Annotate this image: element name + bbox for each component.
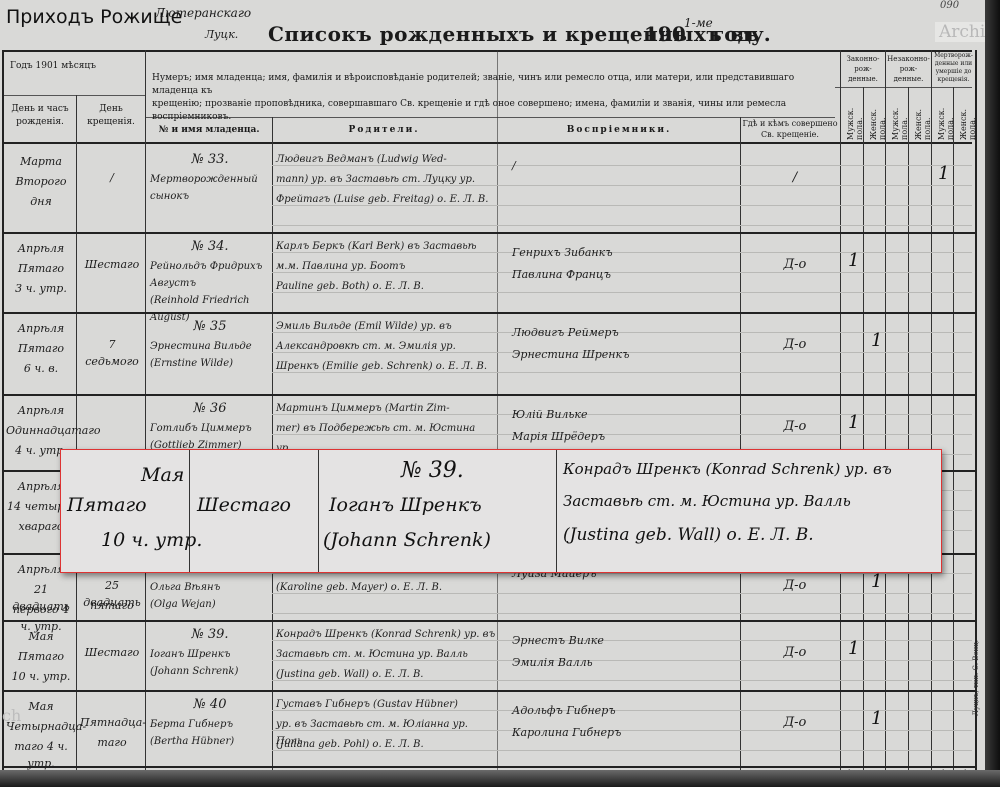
- archive-watermark-bottom: ch: [2, 706, 21, 725]
- entry-number: № 39.: [150, 626, 270, 643]
- tally-mark-legit-m: 1: [848, 638, 859, 659]
- baptism-place: Д-о: [760, 714, 830, 731]
- header-bottom-border: [2, 142, 972, 144]
- overlay-parents-line-1: Конрадъ Шренкъ (Konrad Schrenk) ур. въ: [563, 454, 892, 484]
- header-divider-right: [835, 87, 972, 88]
- overlay-birth-month: Мая: [141, 460, 184, 490]
- entry-number: № 40: [150, 696, 270, 713]
- child-name-line: (Johann Schrenk): [150, 663, 272, 680]
- child-name-line: Эрнестина Вильде: [150, 338, 272, 355]
- row-divider: [2, 232, 975, 234]
- parents-line: Фрейтагъ (Luise geb. Freitag) о. Е. Л. В…: [276, 191, 496, 208]
- parents-line: mer) въ Подбережьѣ ст. м. Юстина: [276, 420, 496, 437]
- row-divider: [2, 312, 975, 314]
- birth-date-line: Апрѣля: [6, 402, 76, 419]
- birth-date-line: Второго: [6, 173, 76, 190]
- overlay-child-latin: (Johann Schrenk): [323, 525, 491, 555]
- table-bottom-border: [2, 766, 975, 768]
- godparent-line: Марія Шрёдеръ: [512, 428, 737, 445]
- parents-line: Конрадъ Шренкъ (Konrad Schrenk) ур. въ: [276, 626, 496, 643]
- header-illegit-male: Мужск. пола.: [891, 92, 909, 140]
- child-name-line: сынокъ: [150, 188, 272, 205]
- archive-watermark: Archi: [935, 22, 985, 42]
- parents-line: Pauline geb. Both) о. Е. Л. В.: [276, 278, 496, 295]
- overlay-birth-hour: 10 ч. утр.: [101, 525, 202, 555]
- register-page: Приходъ Рожище Лютеранскаго Луцк. Список…: [0, 0, 985, 787]
- title-year-handwritten: 1-ме: [684, 16, 713, 30]
- parents-line: Людвигъ Ведманъ (Ludwig Wed-: [276, 151, 496, 168]
- table-top-border: [2, 50, 972, 52]
- tally-mark-legit-m: 1: [848, 250, 859, 271]
- page-number: 090: [940, 0, 959, 11]
- col-divider-6: [863, 87, 864, 770]
- birth-date-line: 6 ч. в.: [6, 360, 76, 377]
- baptism-place: Д-о: [760, 644, 830, 661]
- birth-date-line: Пятаго: [6, 648, 76, 665]
- entry-zoom-overlay: Мая Пятаго 10 ч. утр. Шестаго № 39. Іога…: [60, 449, 942, 573]
- overlay-child-name: Іоганъ Шренкъ: [329, 490, 482, 520]
- child-name-line: Готлибъ Циммеръ: [150, 420, 272, 437]
- godparent-line: Адольфъ Гибнеръ: [512, 702, 737, 719]
- page-fold: [497, 50, 498, 770]
- header-parents: Родители.: [273, 124, 495, 137]
- godparent-line: Людвигъ Реймеръ: [512, 324, 737, 341]
- overlay-divider-2: [318, 450, 319, 572]
- overlay-birth-day: Пятаго: [67, 490, 147, 520]
- birth-date-line: дня: [6, 193, 76, 210]
- baptism-day-line: 7 седьмого: [80, 336, 144, 370]
- overlay-divider-3: [556, 450, 557, 572]
- birth-date-line: Апрѣля: [6, 240, 76, 257]
- godparent-line: Юлій Вильке: [512, 406, 737, 423]
- header-description-top: Нумеръ; имя младенца; имя, фамилія и вѣр…: [152, 72, 832, 98]
- tally-mark-legit-m: 1: [848, 412, 859, 433]
- parents-line: Заставьѣ ст. м. Юстина ур. Валль: [276, 646, 496, 663]
- tally-mark-legit-f: 1: [871, 708, 882, 729]
- header-stillborn-female: Женск. пола.: [959, 92, 977, 140]
- parents-line: (Karoline geb. Mayer) о. Е. Л. В.: [276, 579, 496, 596]
- parents-line: Александровкѣ ст. м. Эмилія ур.: [276, 338, 496, 355]
- birth-date-line: Апрѣля: [6, 320, 76, 337]
- parents-line: Густавъ Гибнеръ (Gustav Hübner): [276, 696, 496, 713]
- baptism-place: /: [760, 169, 830, 186]
- row-divider: [2, 690, 975, 692]
- child-name-line: Августъ: [150, 275, 272, 292]
- child-name-line: Іоганъ Шренкъ: [150, 646, 272, 663]
- birth-date-line: Марта: [6, 153, 76, 170]
- header-divider-left: [2, 95, 145, 96]
- header-legit-male: Мужск. пола.: [846, 92, 864, 140]
- col-divider-9: [931, 50, 932, 770]
- baptism-day-line: Шестаго: [80, 256, 144, 273]
- entry-number: № 35: [150, 318, 270, 335]
- baptism-day-line: /: [80, 169, 144, 186]
- child-name-line: Ольга Вѣянъ: [150, 579, 272, 596]
- table-left-border: [2, 50, 4, 770]
- child-name-line: (Bertha Hübner): [150, 733, 272, 750]
- parents-line: м.м. Павлина ур. Боотъ: [276, 258, 496, 275]
- header-birth-day-hour: День и часъ рожденія.: [4, 103, 76, 129]
- header-description-bottom: крещенію; прозваніе проповѣдника, соверш…: [152, 98, 832, 124]
- printer-mark: Луцкъ, тип. С. Венц.: [972, 640, 980, 716]
- parents-line: Карлъ Беркъ (Karl Berk) въ Заставьѣ: [276, 238, 496, 255]
- birth-date-line: 3 ч. утр.: [6, 280, 76, 297]
- tally-mark-stillborn-m: 1: [938, 163, 949, 184]
- header-where-by-whom: Гдѣ и кѣмъ совершено Св. крещеніе.: [742, 118, 838, 140]
- parents-line: mann) ур. въ Заставьѣ ст. Луцку ур.: [276, 171, 496, 188]
- overlay-parents-line-2: Заставьѣ ст. м. Юстина ур. Валль: [563, 486, 851, 516]
- parents-line: Шренкъ (Emilie geb. Schrenk) о. Е. Л. В.: [276, 358, 496, 375]
- birth-date-line: Мая: [6, 628, 76, 645]
- child-name-line: Мертворожденный: [150, 171, 272, 188]
- overlay-entry-number: № 39.: [401, 456, 464, 486]
- header-illegitimate: Незаконно-рож-денные.: [886, 54, 931, 84]
- title-end: году.: [712, 22, 771, 46]
- col-divider-3: [272, 117, 273, 770]
- parish-handwritten: Лютеранскаго: [155, 6, 251, 20]
- row-divider: [2, 620, 975, 622]
- tally-mark-legit-f: 1: [871, 571, 882, 592]
- entry-number: № 33.: [150, 151, 270, 168]
- col-divider-4: [740, 117, 741, 770]
- header-godparents: Воспріемники.: [499, 124, 739, 137]
- header-baptism-day: День крещенія.: [78, 103, 144, 129]
- child-name-line: Берта Гибнеръ: [150, 716, 272, 733]
- tally-mark-legit-f: 1: [871, 330, 882, 351]
- entry-number: № 34.: [150, 238, 270, 255]
- col-divider-2: [145, 50, 146, 770]
- baptism-day-line: пятаго: [80, 597, 144, 614]
- ruled-line: [272, 225, 972, 226]
- header-stillborn-male: Мужск. пола.: [937, 92, 955, 140]
- baptism-place: Д-о: [760, 577, 830, 594]
- godparent-line: Павлина Францъ: [512, 266, 737, 283]
- overlay-parents-line-3: (Justina geb. Wall) о. Е. Л. В.: [563, 520, 814, 550]
- parents-line: (Justina geb. Wall) о. Е. Л. В.: [276, 666, 496, 683]
- godparent-line: Эрнестъ Вилке: [512, 632, 737, 649]
- godparent-line: Эмилія Валль: [512, 654, 737, 671]
- ruled-line: [272, 613, 972, 614]
- col-divider-7: [885, 50, 886, 770]
- godparent-line: Эрнестина Шренкъ: [512, 346, 737, 363]
- header-legitimate: Законно-рож-денные.: [841, 54, 885, 84]
- parents-line: (Juliana geb. Pohl) о. Е. Л. В.: [276, 736, 496, 753]
- header-stillborn: Мертворож-денные или умершіе до крещенія…: [932, 52, 975, 84]
- header-illegit-female: Женск. пола.: [914, 92, 932, 140]
- baptism-place: Д-о: [760, 256, 830, 273]
- header-legit-female: Женск. пола.: [869, 92, 887, 140]
- child-name-line: Рейнольдъ Фридрихъ: [150, 258, 272, 275]
- entry-number: № 36: [150, 400, 270, 417]
- child-name-line: (Ernstine Wilde): [150, 355, 272, 372]
- overlay-baptism-day: Шестаго: [197, 490, 291, 520]
- col-divider-8: [908, 87, 909, 770]
- birth-date-line: Пятаго: [6, 340, 76, 357]
- parents-line: Эмиль Вильде (Emil Wilde) ур. въ: [276, 318, 496, 335]
- row-divider: [2, 394, 975, 396]
- birth-date-line: Пятаго: [6, 260, 76, 277]
- godparent-line: Генрихъ Зибанкъ: [512, 244, 737, 261]
- baptism-place: Д-о: [760, 336, 830, 353]
- baptism-day-line: Пятнадца-: [80, 714, 144, 731]
- title-year: 190: [644, 22, 686, 46]
- header-number-name: № и имя младенца.: [147, 124, 271, 137]
- col-divider-5: [840, 50, 841, 770]
- place-handwritten: Луцк.: [205, 28, 238, 41]
- birth-date-line: Одиннадцатаго: [6, 422, 76, 439]
- child-name-line: (Olga Wejan): [150, 596, 272, 613]
- godparent-line: Каролина Гибнеръ: [512, 724, 737, 741]
- col-divider-10: [953, 87, 954, 770]
- baptism-place: Д-о: [760, 418, 830, 435]
- godparent-line: /: [512, 157, 737, 174]
- header-year-month: Годъ 1901 мѣсяцъ: [10, 60, 140, 73]
- baptism-day-line: Шестаго: [80, 644, 144, 661]
- parents-line: Мартинъ Циммеръ (Martin Zim-: [276, 400, 496, 417]
- baptism-day-line: таго: [80, 734, 144, 751]
- birth-date-line: 10 ч. утр.: [6, 668, 76, 685]
- page-bottom-shadow: [0, 770, 1000, 787]
- book-spine: [985, 0, 1000, 787]
